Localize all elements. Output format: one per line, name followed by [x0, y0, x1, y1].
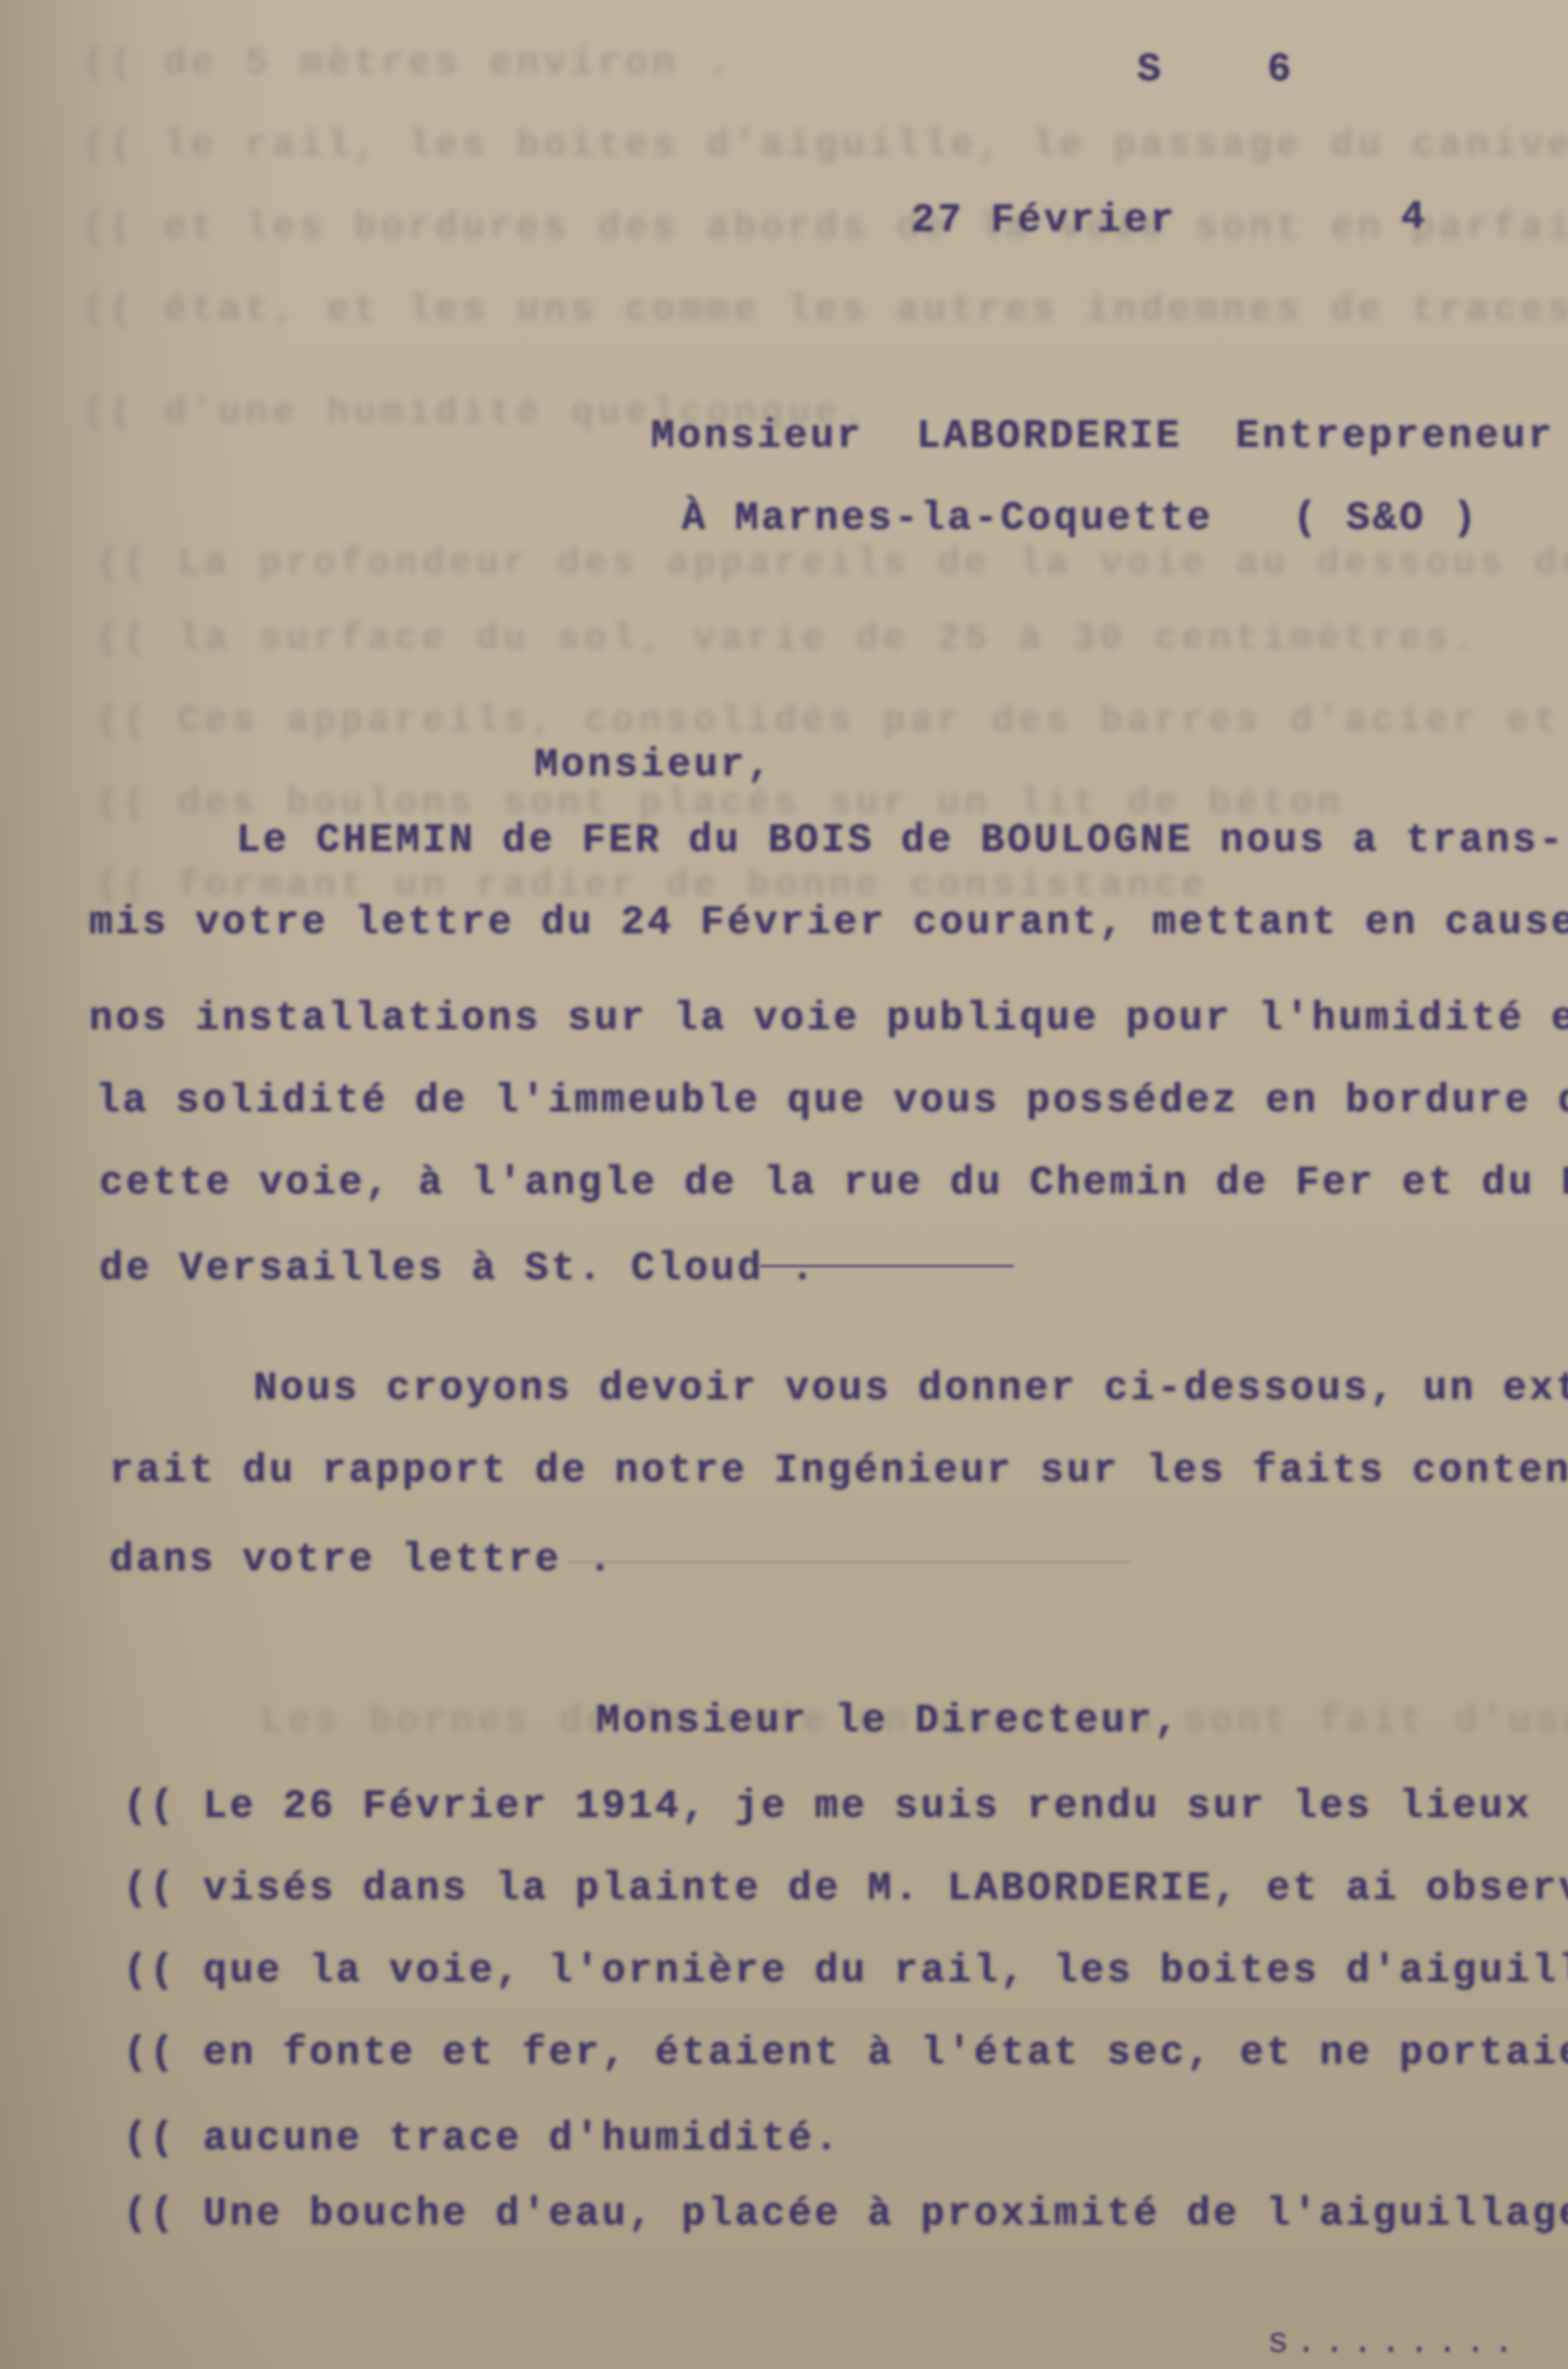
salutation: Monsieur,	[534, 743, 773, 788]
body-line: rait du rapport de notre Ingénieur sur l…	[110, 1449, 1568, 1493]
page-marker: S	[1137, 48, 1164, 92]
recipient-line: Monsieur LABORDERIE Entrepreneur	[651, 414, 1554, 459]
letter-date: 27 Février	[911, 199, 1177, 243]
bleed-through-line: (( et les bordures des abords de la voie…	[82, 206, 1568, 249]
quoted-line: (( visés dans la plainte de M. LABORDERI…	[123, 1867, 1568, 1911]
page-marker: 6	[1267, 48, 1294, 92]
body-line: mis votre lettre du 24 Février courant, …	[89, 901, 1568, 945]
bleed-through-line: (( le rail, les boites d'aiguille, le pa…	[82, 123, 1568, 167]
body-line: Nous croyons devoir vous donner ci-desso…	[253, 1367, 1568, 1411]
bleed-through-line: (( état, et les uns comme les autres ind…	[82, 288, 1568, 332]
bleed-through-line: (( la surface du sol, varie de 25 à 30 c…	[96, 617, 1480, 660]
bleed-through-line: (( Ces appareils, consolidés par des bar…	[96, 699, 1561, 743]
quoted-line: (( en fonte et fer, étaient à l'état sec…	[123, 2031, 1568, 2076]
quoted-line: (( aucune trace d'humidité.	[123, 2117, 841, 2161]
quoted-salutation: Monsieur le Directeur,	[596, 1699, 1181, 1744]
body-line: Le CHEMIN de FER du BOIS de BOULOGNE nou…	[236, 819, 1565, 863]
quoted-line: (( que la voie, l'ornière du rail, les b…	[123, 1949, 1568, 1994]
body-line: la solidité de l'immeuble que vous possé…	[96, 1079, 1568, 1124]
dash-rule	[569, 1561, 1130, 1563]
bleed-through-line: (( de 5 mètres environ .	[82, 41, 734, 85]
body-line: dans votre lettre .	[110, 1538, 614, 1583]
body-line: de Versailles à St. Cloud .	[99, 1247, 817, 1291]
quoted-line: (( Le 26 Février 1914, je me suis rendu …	[123, 1785, 1532, 1829]
quoted-line: (( Une bouche d'eau, placée à proximité …	[123, 2192, 1568, 2237]
bleed-through-line: (( La profondeur des appareils de la voi…	[96, 541, 1568, 585]
dash-rule	[760, 1265, 1014, 1267]
body-line: nos installations sur la voie publique p…	[89, 997, 1568, 1041]
body-line: cette voie, à l'angle de la rue du Chemi…	[99, 1161, 1568, 1206]
continuation-marker: s........	[1267, 2322, 1521, 2363]
recipient-address: À Marnes-la-Coquette ( S&O )	[682, 497, 1479, 541]
date-number: 4	[1401, 195, 1428, 240]
